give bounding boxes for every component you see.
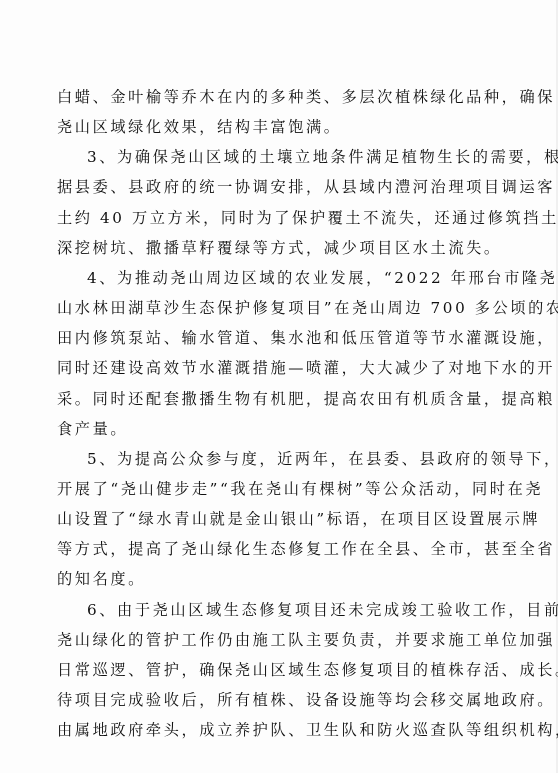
paragraph-first-line: 5、为提高公众参与度，近两年，在县委、县政府的领导下， (87, 449, 467, 477)
text-line: 等方式，提高了尧山绿化生态修复工作在全县、全市，甚至全省 (57, 539, 467, 567)
text-line: 尧山绿化的管护工作仍由施工队主要负责，并要求施工单位加强 (57, 630, 467, 658)
text-line: 待项目完成验收后，所有植株、设备设施等均会移交属地政府。 (57, 690, 467, 718)
text-line: 开展了“尧山健步走”“我在尧山有棵树”等公众活动，同时在尧 (57, 479, 467, 507)
text-line: 采。同时还配套撒播生物有机肥，提高农田有机质含量，提高粮 (57, 389, 467, 417)
paragraph-first-line: 3、为确保尧山区域的土壤立地条件满足植物生长的需要，根 (87, 147, 467, 175)
text-line: 的知名度。 (57, 569, 467, 597)
text-line: 同时还建设高效节水灌溉措施—喷灌，大大减少了对地下水的开 (57, 358, 467, 386)
text-line: 深挖树坑、撒播草籽覆绿等方式，减少项目区水土流失。 (57, 238, 467, 266)
document-page: 白蜡、金叶榆等乔木在内的多种类、多层次植株绿化品种，确保尧山区域绿化效果，结构丰… (0, 0, 558, 773)
text-line: 山设置了“绿水青山就是金山银山”标语，在项目区设置展示牌 (57, 509, 467, 537)
text-line: 据县委、县政府的统一协调安排，从县域内澧河治理项目调运客 (57, 177, 467, 205)
text-line: 尧山区域绿化效果，结构丰富饱满。 (57, 117, 467, 145)
text-line: 白蜡、金叶榆等乔木在内的多种类、多层次植株绿化品种，确保 (57, 87, 467, 115)
text-line: 食产量。 (57, 419, 467, 447)
text-line: 由属地政府牵头，成立养护队、卫生队和防火巡查队等组织机构， (57, 720, 467, 748)
text-line: 日常巡逻、管护，确保尧山区域生态修复项目的植株存活、成长。 (57, 660, 467, 688)
paragraph-first-line: 6、由于尧山区域生态修复项目还未完成竣工验收工作，目前 (87, 600, 467, 628)
text-line: 山水林田湖草沙生态保护修复项目”在尧山周边 700 多公顷的农 (57, 298, 467, 326)
text-line: 田内修筑泵站、输水管道、集水池和低压管道等节水灌溉设施， (57, 328, 467, 356)
paragraph-first-line: 4、为推动尧山周边区域的农业发展，“2022 年邢台市隆尧县 (87, 268, 467, 296)
text-line: 土约 40 万立方米，同时为了保护覆土不流失，还通过修筑挡土墙、 (57, 208, 467, 236)
